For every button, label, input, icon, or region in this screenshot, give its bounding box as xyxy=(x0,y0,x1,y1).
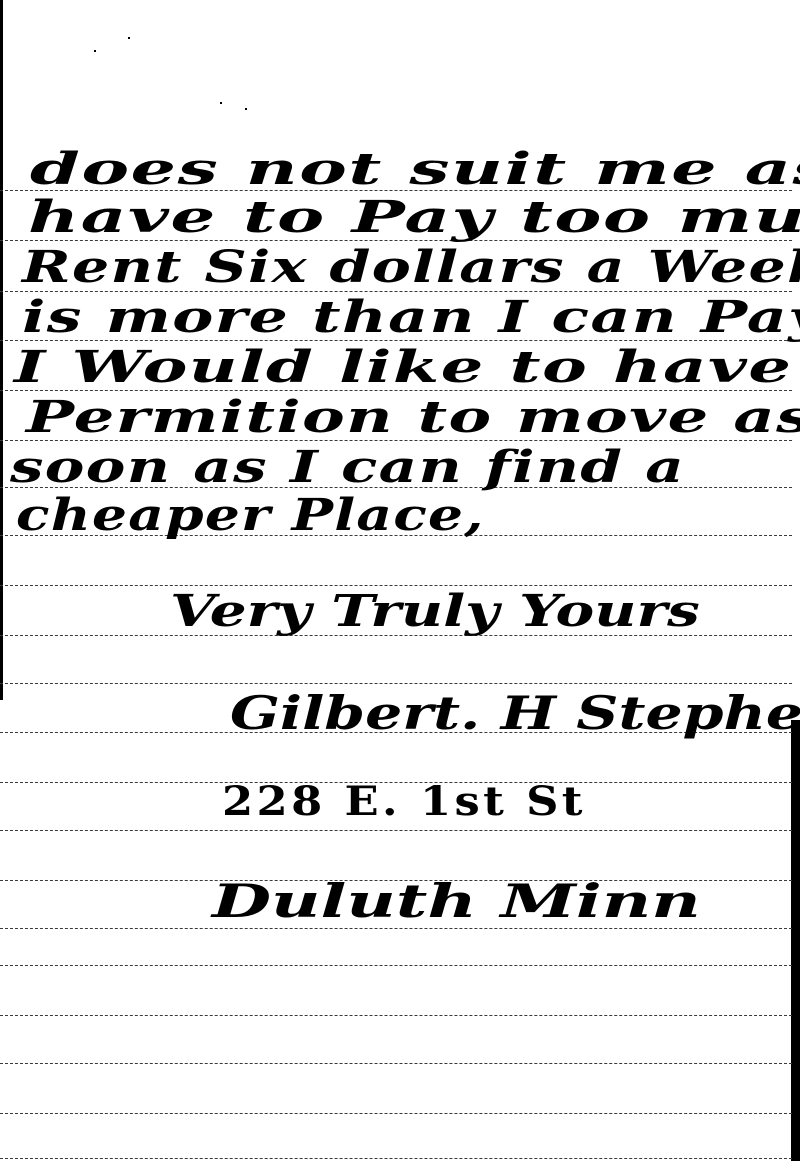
letter-signature: Gilbert. H Stephens xyxy=(230,690,800,736)
letter-body-line-5: I Would like to have xyxy=(14,346,792,390)
letter-page: does not suit me as I have to Pay too mu… xyxy=(0,0,800,1161)
ruled-line xyxy=(0,683,792,684)
letter-body-line-8: cheaper Place, xyxy=(16,494,485,538)
ink-speck xyxy=(220,102,222,104)
ruled-line xyxy=(0,965,792,966)
letter-body-line-1: does not suit me as I xyxy=(30,148,800,192)
letter-body-line-2: have to Pay too much xyxy=(28,196,800,240)
ruled-line xyxy=(0,1015,792,1016)
ruled-line xyxy=(0,830,792,831)
letter-closing: Very Truly Yours xyxy=(170,590,700,634)
ruled-line xyxy=(0,1113,792,1114)
letter-body-line-7: soon as I can find a xyxy=(10,446,685,490)
page-right-edge xyxy=(791,720,800,1161)
ruled-line xyxy=(0,1158,792,1159)
ink-speck xyxy=(128,37,130,39)
ink-speck xyxy=(245,108,247,110)
letter-body-line-4: is more than I can Pay, xyxy=(22,296,800,340)
address-city: Duluth Minn xyxy=(212,878,701,924)
letter-body-line-3: Rent Six dollars a Week xyxy=(22,246,800,290)
page-left-edge xyxy=(0,0,3,700)
address-street: 228 E. 1st St xyxy=(222,782,586,822)
letter-body-line-6: Permition to move as xyxy=(26,396,800,440)
ruled-line xyxy=(0,1063,792,1064)
ink-speck xyxy=(94,50,96,52)
ruled-line xyxy=(0,928,792,929)
